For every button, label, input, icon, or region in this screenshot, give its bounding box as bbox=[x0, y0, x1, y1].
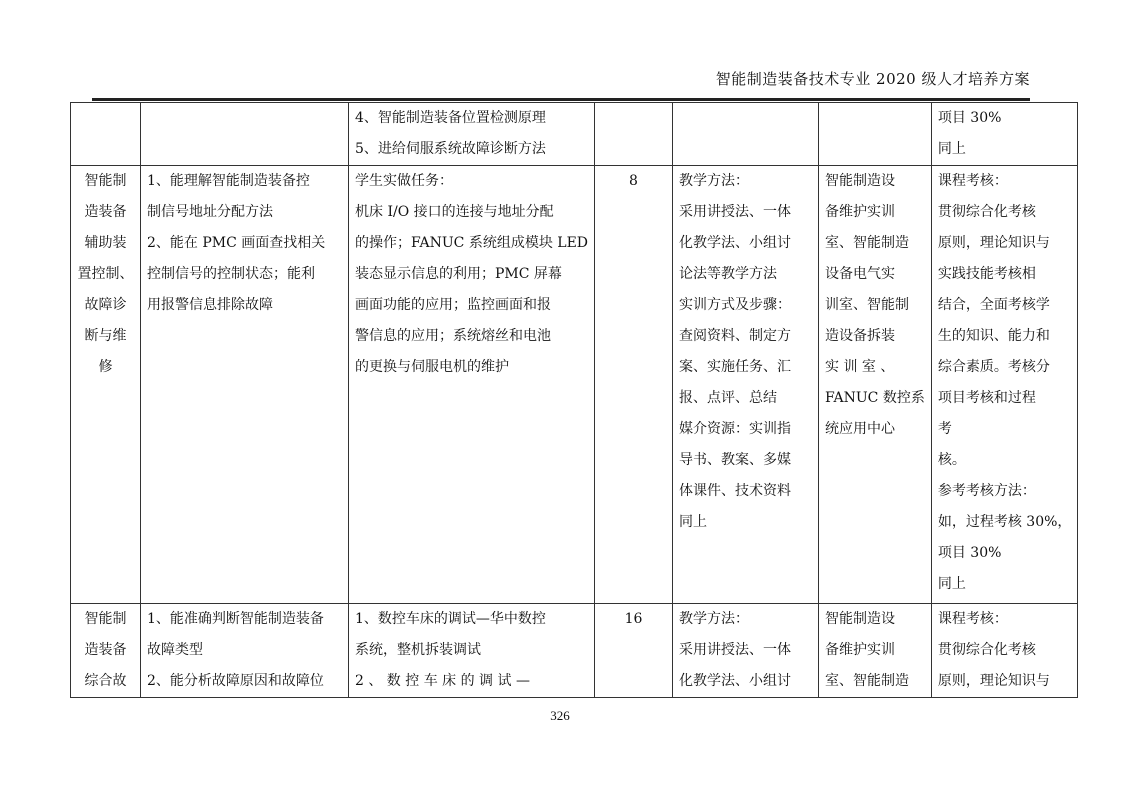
cell-line: FANUC 数控系 bbox=[825, 383, 925, 414]
cell-line: 教学方法： bbox=[679, 604, 812, 635]
hours-cell: 8 bbox=[595, 166, 673, 604]
cell-line: 2 、 数 控 车 床 的 调 试 — bbox=[355, 666, 588, 697]
cell-line: 教学方法： bbox=[679, 166, 812, 197]
cell-line: 贯彻综合化考核 bbox=[938, 197, 1072, 228]
cell-line: 辅助装 bbox=[77, 228, 134, 259]
cell-line: 智能制造设 bbox=[825, 166, 925, 197]
cell-line: 贯彻综合化考核 bbox=[938, 635, 1072, 666]
methods-cell: 教学方法：采用讲授法、一体化教学法、小组讨论法等教学方法实训方式及步骤：查阅资料… bbox=[673, 166, 819, 604]
cell-line: 体课件、技术资料 bbox=[679, 476, 812, 507]
content-cell: 学生实做任务：机床 I/O 接口的连接与地址分配的操作；FANUC 系统组成模块… bbox=[349, 166, 595, 604]
cell-line: 考 bbox=[938, 414, 1072, 445]
cell-line: 媒介资源：实训指 bbox=[679, 414, 812, 445]
cell-line: 化教学法、小组讨 bbox=[679, 228, 812, 259]
cell-line: 机床 I/O 接口的连接与地址分配 bbox=[355, 197, 588, 228]
cell-line: 原则，理论知识与 bbox=[938, 666, 1072, 697]
cell-line: 修 bbox=[77, 352, 134, 383]
cell-line: 统应用中心 bbox=[825, 414, 925, 445]
methods-cell: 教学方法：采用讲授法、一体化教学法、小组讨 bbox=[673, 604, 819, 698]
cell-line: 装态显示信息的利用；PMC 屏幕 bbox=[355, 259, 588, 290]
cell-line: 设备电气实 bbox=[825, 259, 925, 290]
assessment-cell: 课程考核：贯彻综合化考核原则，理论知识与实践技能考核相结合，全面考核学生的知识、… bbox=[931, 166, 1078, 604]
cell-line: 导书、教案、多媒 bbox=[679, 445, 812, 476]
cell-line: 同上 bbox=[938, 569, 1072, 600]
cell-line: 的更换与伺服电机的维护 bbox=[355, 352, 588, 383]
module-cell: 智能制造装备辅助装置控制、故障诊断与维修 bbox=[71, 166, 141, 604]
cell-line: 学生实做任务： bbox=[355, 166, 588, 197]
cell-line: 采用讲授法、一体 bbox=[679, 197, 812, 228]
cell-line: 论法等教学方法 bbox=[679, 259, 812, 290]
cell-line: 智能制造设 bbox=[825, 604, 925, 635]
content-cell: 1、数控车床的调试—华中数控系统，整机拆装调试2 、 数 控 车 床 的 调 试… bbox=[349, 604, 595, 698]
cell-line: 故障诊 bbox=[77, 290, 134, 321]
cell-line: 2、能在 PMC 画面查找相关 bbox=[147, 228, 342, 259]
cell-value: 16 bbox=[625, 611, 643, 627]
cell-line: 项目考核和过程 bbox=[938, 383, 1072, 414]
page-number: 326 bbox=[500, 708, 620, 724]
cell-line: 断与维 bbox=[77, 321, 134, 352]
cell-line: 核。 bbox=[938, 445, 1072, 476]
cell-line: 如，过程考核 30%， bbox=[938, 507, 1072, 538]
document-header-title: 智能制造装备技术专业 2020 级人才培养方案 bbox=[600, 68, 1030, 89]
cell-line: 课程考核： bbox=[938, 604, 1072, 635]
cell-line: 4、智能制造装备位置检测原理 bbox=[355, 103, 588, 134]
hours-cell: 16 bbox=[595, 604, 673, 698]
table-row: 4、智能制造装备位置检测原理5、进给伺服系统故障诊断方法项目 30%同上 bbox=[71, 103, 1078, 166]
cell-line: 综合故 bbox=[77, 666, 134, 697]
venue-cell: 智能制造设备维护实训室、智能制造 bbox=[819, 604, 932, 698]
cell-line: 报、点评、总结 bbox=[679, 383, 812, 414]
cell-line: 智能制 bbox=[77, 604, 134, 635]
cell-line: 训室、智能制 bbox=[825, 290, 925, 321]
table-row: 智能制造装备辅助装置控制、故障诊断与维修1、能理解智能制造装备控制信号地址分配方… bbox=[71, 166, 1078, 604]
cell-line: 案、实施任务、汇 bbox=[679, 352, 812, 383]
cell-line: 警信息的应用；系统熔丝和电池 bbox=[355, 321, 588, 352]
cell-line: 同上 bbox=[938, 134, 1072, 165]
cell-line: 用报警信息排除故障 bbox=[147, 290, 342, 321]
hours-cell bbox=[595, 103, 673, 166]
header-rule bbox=[92, 98, 1030, 101]
cell-line: 室、智能制造 bbox=[825, 228, 925, 259]
cell-line: 实 训 室 、 bbox=[825, 352, 925, 383]
cell-line: 项目 30% bbox=[938, 538, 1072, 569]
cell-value: 8 bbox=[629, 173, 638, 189]
cell-line: 制信号地址分配方法 bbox=[147, 197, 342, 228]
venue-cell bbox=[819, 103, 932, 166]
cell-line: 1、能准确判断智能制造装备 bbox=[147, 604, 342, 635]
cell-line: 1、数控车床的调试—华中数控 bbox=[355, 604, 588, 635]
table-row: 智能制造装备综合故1、能准确判断智能制造装备故障类型2、能分析故障原因和故障位1… bbox=[71, 604, 1078, 698]
assessment-cell: 课程考核：贯彻综合化考核原则，理论知识与 bbox=[931, 604, 1078, 698]
cell-line: 智能制 bbox=[77, 166, 134, 197]
cell-line: 项目 30% bbox=[938, 103, 1072, 134]
cell-line: 查阅资料、制定方 bbox=[679, 321, 812, 352]
cell-line: 备维护实训 bbox=[825, 635, 925, 666]
cell-line: 备维护实训 bbox=[825, 197, 925, 228]
objectives-cell bbox=[141, 103, 349, 166]
cell-line: 生的知识、能力和 bbox=[938, 321, 1072, 352]
cell-line: 造设备拆装 bbox=[825, 321, 925, 352]
cell-line: 课程考核： bbox=[938, 166, 1072, 197]
cell-line: 系统，整机拆装调试 bbox=[355, 635, 588, 666]
assessment-cell: 项目 30%同上 bbox=[931, 103, 1078, 166]
cell-line: 采用讲授法、一体 bbox=[679, 635, 812, 666]
cell-line: 造装备 bbox=[77, 635, 134, 666]
cell-line: 1、能理解智能制造装备控 bbox=[147, 166, 342, 197]
content-cell: 4、智能制造装备位置检测原理5、进给伺服系统故障诊断方法 bbox=[349, 103, 595, 166]
cell-line: 实训方式及步骤： bbox=[679, 290, 812, 321]
objectives-cell: 1、能准确判断智能制造装备故障类型2、能分析故障原因和故障位 bbox=[141, 604, 349, 698]
cell-line: 室、智能制造 bbox=[825, 666, 925, 697]
venue-cell: 智能制造设备维护实训室、智能制造设备电气实训室、智能制造设备拆装实 训 室 、F… bbox=[819, 166, 932, 604]
cell-line: 同上 bbox=[679, 507, 812, 538]
cell-line: 的操作；FANUC 系统组成模块 LED bbox=[355, 228, 588, 259]
cell-line: 画面功能的应用；监控画面和报 bbox=[355, 290, 588, 321]
cell-line: 原则，理论知识与 bbox=[938, 228, 1072, 259]
cell-line: 实践技能考核相 bbox=[938, 259, 1072, 290]
cell-line: 5、进给伺服系统故障诊断方法 bbox=[355, 134, 588, 165]
cell-line: 综合素质。考核分 bbox=[938, 352, 1072, 383]
curriculum-table: 4、智能制造装备位置检测原理5、进给伺服系统故障诊断方法项目 30%同上智能制造… bbox=[70, 102, 1078, 698]
cell-line: 故障类型 bbox=[147, 635, 342, 666]
cell-line: 控制信号的控制状态；能利 bbox=[147, 259, 342, 290]
methods-cell bbox=[673, 103, 819, 166]
cell-line: 置控制、 bbox=[77, 259, 134, 290]
module-cell: 智能制造装备综合故 bbox=[71, 604, 141, 698]
module-cell bbox=[71, 103, 141, 166]
cell-line: 2、能分析故障原因和故障位 bbox=[147, 666, 342, 697]
objectives-cell: 1、能理解智能制造装备控制信号地址分配方法2、能在 PMC 画面查找相关控制信号… bbox=[141, 166, 349, 604]
cell-line: 化教学法、小组讨 bbox=[679, 666, 812, 697]
cell-line: 参考考核方法： bbox=[938, 476, 1072, 507]
cell-line: 结合，全面考核学 bbox=[938, 290, 1072, 321]
cell-line: 造装备 bbox=[77, 197, 134, 228]
